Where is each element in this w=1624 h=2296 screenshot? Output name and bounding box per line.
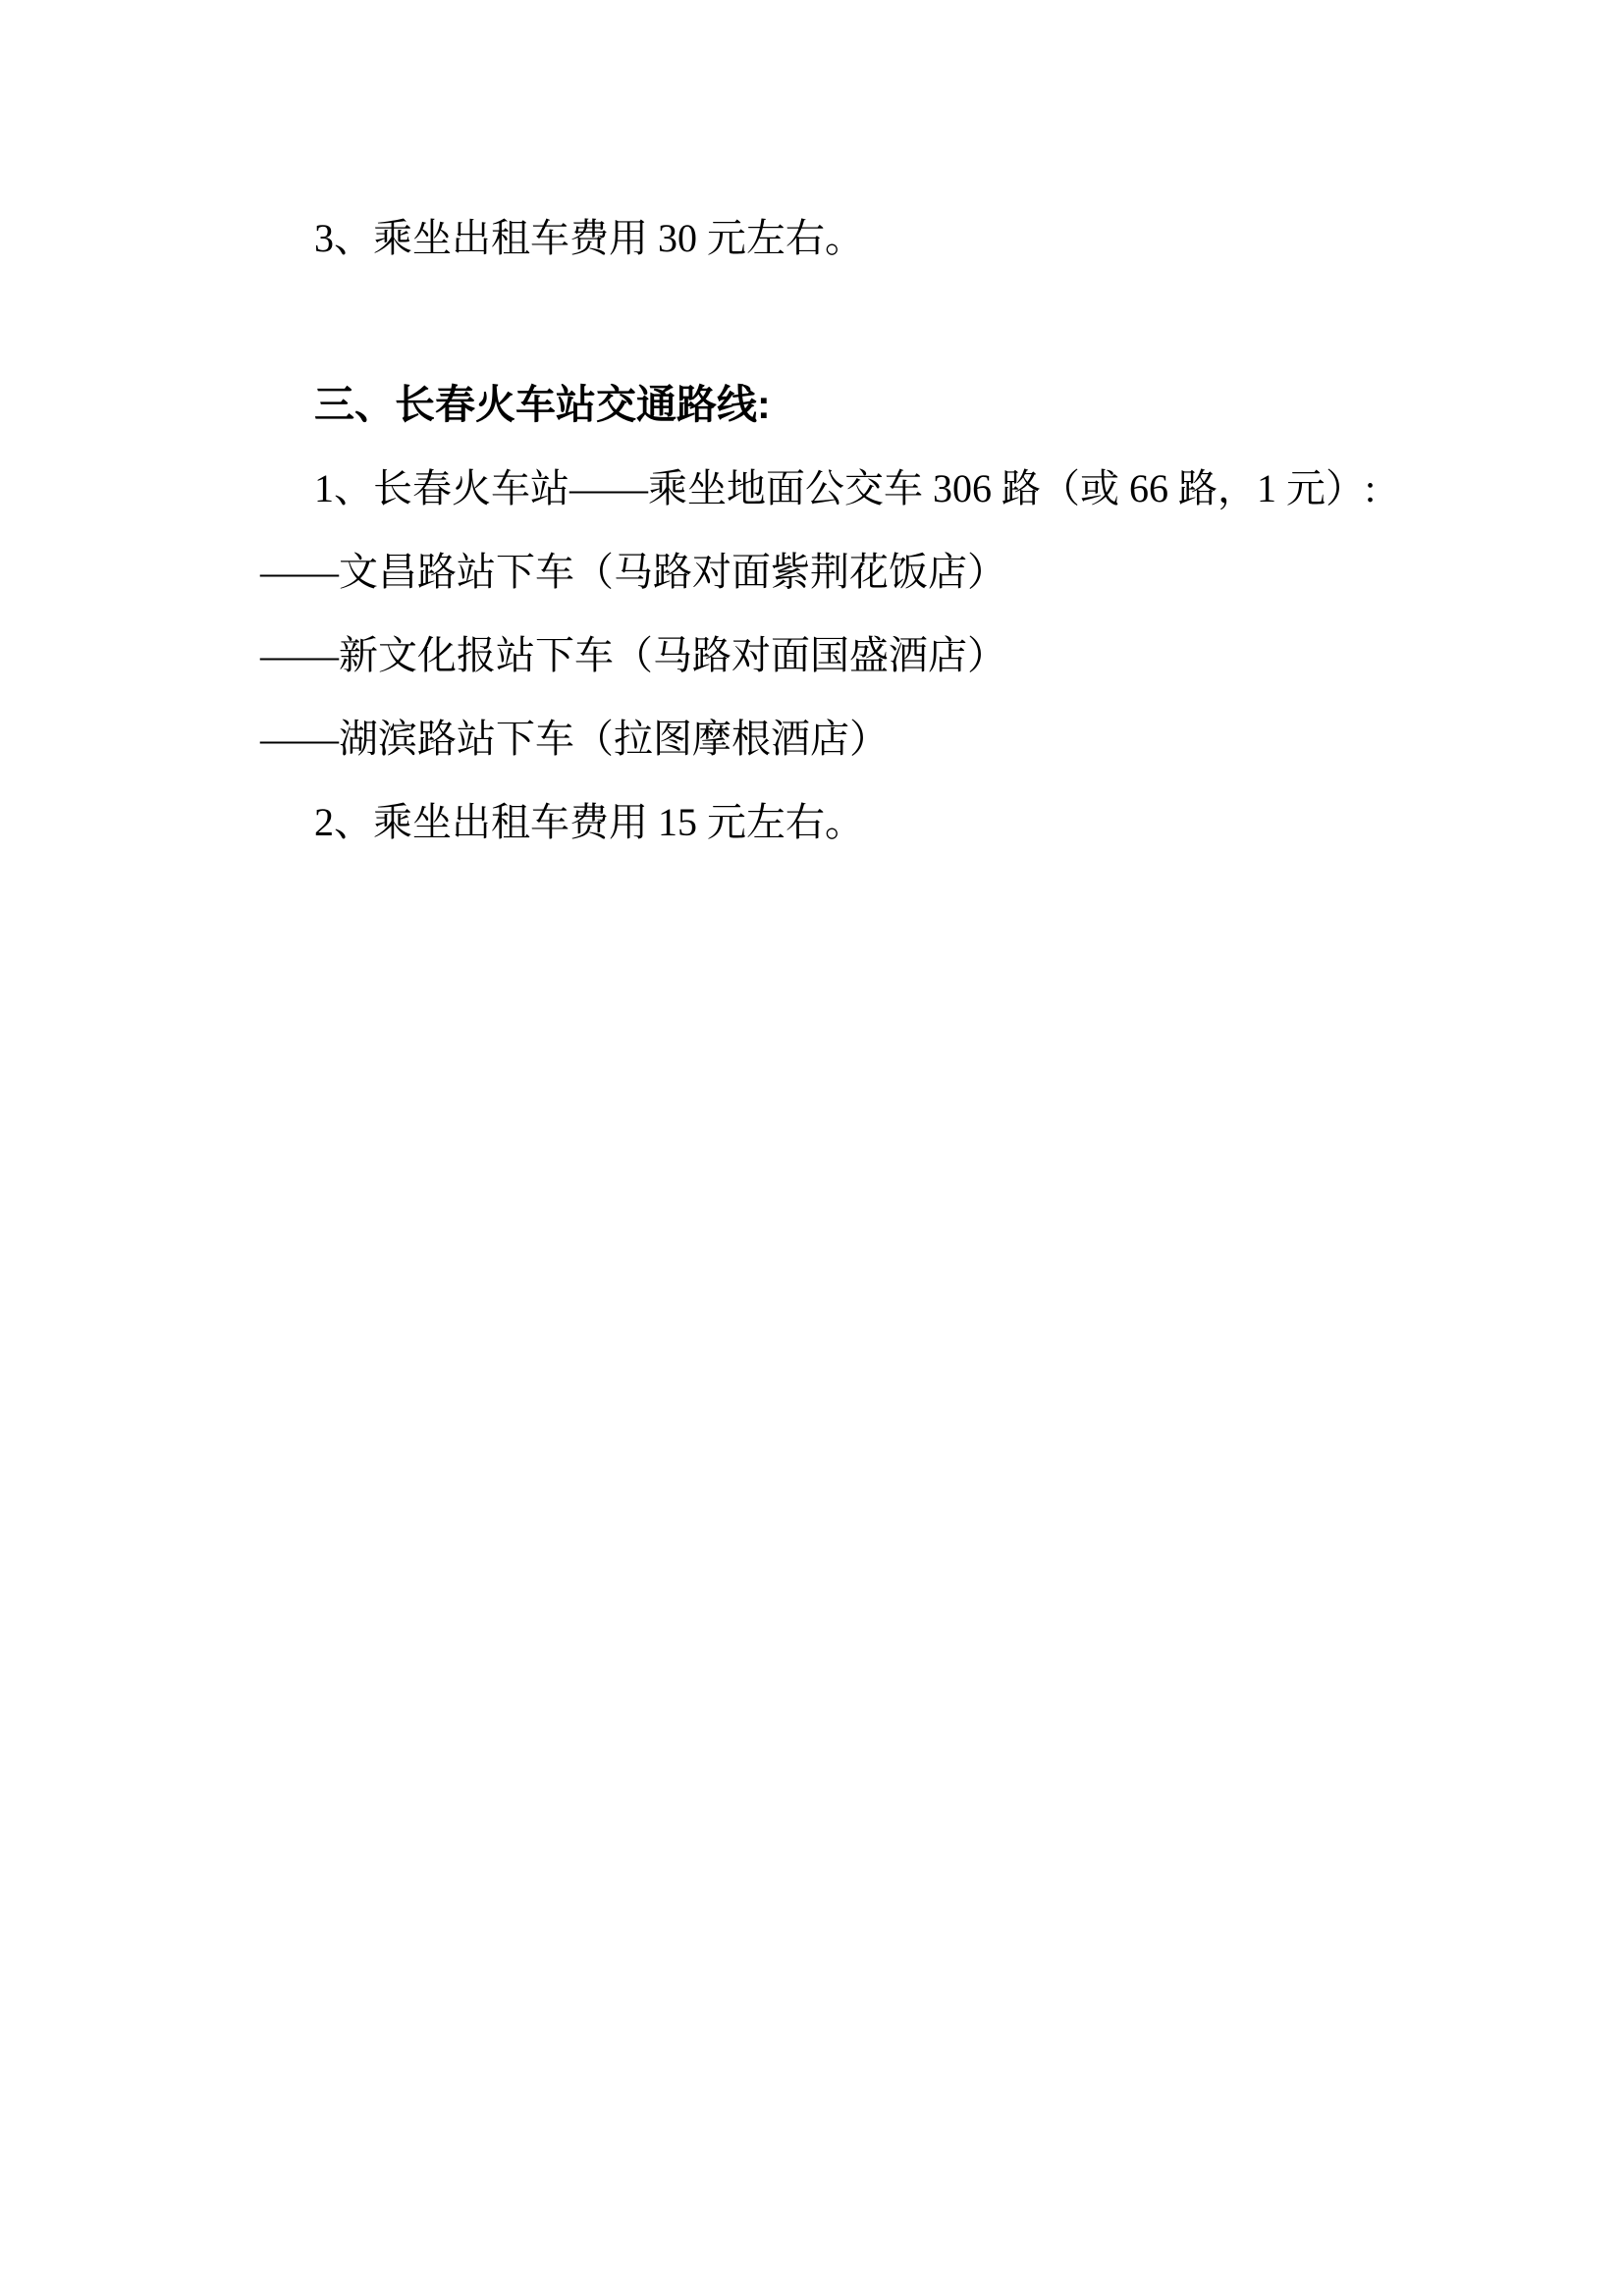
- paragraph-stop-wenchang-road: ——文昌路站下车（马路对面紫荆花饭店）: [260, 530, 1447, 614]
- document-content: 3、乘坐出租车费用 30 元左右。 三、长春火车站交通路线: 1、长春火车站——…: [260, 196, 1447, 864]
- paragraph-stop-xinwenhua-bao: ——新文化报站下车（马路对面国盛酒店）: [260, 614, 1447, 697]
- paragraph-bus-route-306: 1、长春火车站——乘坐地面公交车 306 路（或 66 路，1 元）:: [260, 447, 1447, 530]
- paragraph-taxi-fare-30: 3、乘坐出租车费用 30 元左右。: [260, 196, 1447, 280]
- paragraph-taxi-fare-15: 2、乘坐出租车费用 15 元左右。: [260, 780, 1447, 864]
- blank-line: [260, 280, 1447, 363]
- document-page: 3、乘坐出租车费用 30 元左右。 三、长春火车站交通路线: 1、长春火车站——…: [0, 0, 1624, 2296]
- section-heading: 三、长春火车站交通路线:: [260, 363, 1447, 447]
- paragraph-stop-hubin-road: ——湖滨路站下车（拉图摩根酒店）: [260, 697, 1447, 780]
